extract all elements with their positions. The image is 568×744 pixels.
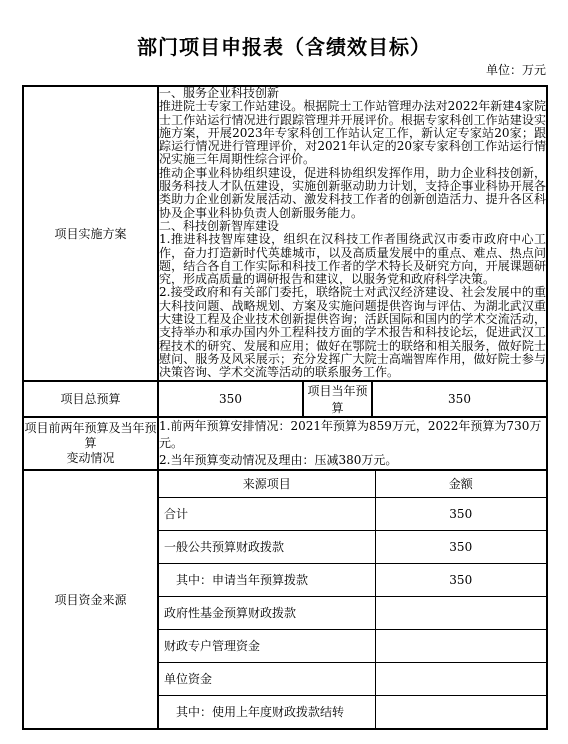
document-page: 部门项目申报表（含绩效目标） 单位：万元 项目实施方案 一、服务企业科技创新 推… xyxy=(0,0,568,744)
current-year-budget-label: 项目当年预算 xyxy=(303,381,372,417)
funding-amount: 350 xyxy=(375,563,546,596)
implementation-text: 一、服务企业科技创新 推进院士专家工作站建设。根据院士工作站管理办法对2022年… xyxy=(158,86,547,381)
funding-amount xyxy=(375,596,546,629)
funding-amount xyxy=(375,662,546,695)
funding-item: 合计 xyxy=(159,497,375,530)
project-application-table: 项目实施方案 一、服务企业科技创新 推进院士专家工作站建设。根据院士工作站管理办… xyxy=(22,85,548,730)
funding-table-cell: 来源项目 金额 合计 350 一般公共预算财政拨款 350 xyxy=(158,470,547,729)
funding-row-carryover: 其中：使用上年度财政拨款结转 xyxy=(159,695,546,728)
funding-amount: 350 xyxy=(375,497,546,530)
implementation-label: 项目实施方案 xyxy=(23,86,158,381)
funding-header-row: 来源项目 金额 xyxy=(159,471,546,498)
funding-row-govt-fund: 政府性基金预算财政拨款 xyxy=(159,596,546,629)
funding-row: 项目资金来源 来源项目 金额 合计 xyxy=(23,470,547,729)
page-title: 部门项目申报表（含绩效目标） xyxy=(0,31,568,60)
total-budget-row: 项目总预算 350 项目当年预算 350 xyxy=(23,381,547,417)
funding-amount-header: 金额 xyxy=(375,471,546,498)
total-budget-value: 350 xyxy=(158,381,303,417)
funding-item: 政府性基金预算财政拨款 xyxy=(159,596,375,629)
prior-budget-label: 项目前两年预算及当年预算 变动情况 xyxy=(23,417,158,470)
total-budget-label: 项目总预算 xyxy=(23,381,158,417)
implementation-row: 项目实施方案 一、服务企业科技创新 推进院士专家工作站建设。根据院士工作站管理办… xyxy=(23,86,547,381)
current-year-budget-value: 350 xyxy=(372,381,547,417)
funding-source-label: 项目资金来源 xyxy=(23,470,158,729)
funding-item: 财政专户管理资金 xyxy=(159,629,375,662)
funding-item: 其中：申请当年预算拨款 xyxy=(159,563,375,596)
funding-row-current-year-request: 其中：申请当年预算拨款 350 xyxy=(159,563,546,596)
funding-row-general-public: 一般公共预算财政拨款 350 xyxy=(159,530,546,563)
prior-budget-text: 1.前两年预算安排情况：2021年预算为859万元，2022年预算为730万元。… xyxy=(158,417,547,470)
funding-item-header: 来源项目 xyxy=(159,471,375,498)
funding-source-table: 来源项目 金额 合计 350 一般公共预算财政拨款 350 xyxy=(159,471,546,728)
funding-item: 其中：使用上年度财政拨款结转 xyxy=(159,695,375,728)
funding-item: 一般公共预算财政拨款 xyxy=(159,530,375,563)
prior-budget-row: 项目前两年预算及当年预算 变动情况 1.前两年预算安排情况：2021年预算为85… xyxy=(23,417,547,470)
funding-amount: 350 xyxy=(375,530,546,563)
funding-amount xyxy=(375,629,546,662)
funding-row-fiscal-account: 财政专户管理资金 xyxy=(159,629,546,662)
unit-label: 单位：万元 xyxy=(486,61,546,78)
funding-amount xyxy=(375,695,546,728)
funding-item: 单位资金 xyxy=(159,662,375,695)
funding-row-total: 合计 350 xyxy=(159,497,546,530)
funding-row-unit-funds: 单位资金 xyxy=(159,662,546,695)
